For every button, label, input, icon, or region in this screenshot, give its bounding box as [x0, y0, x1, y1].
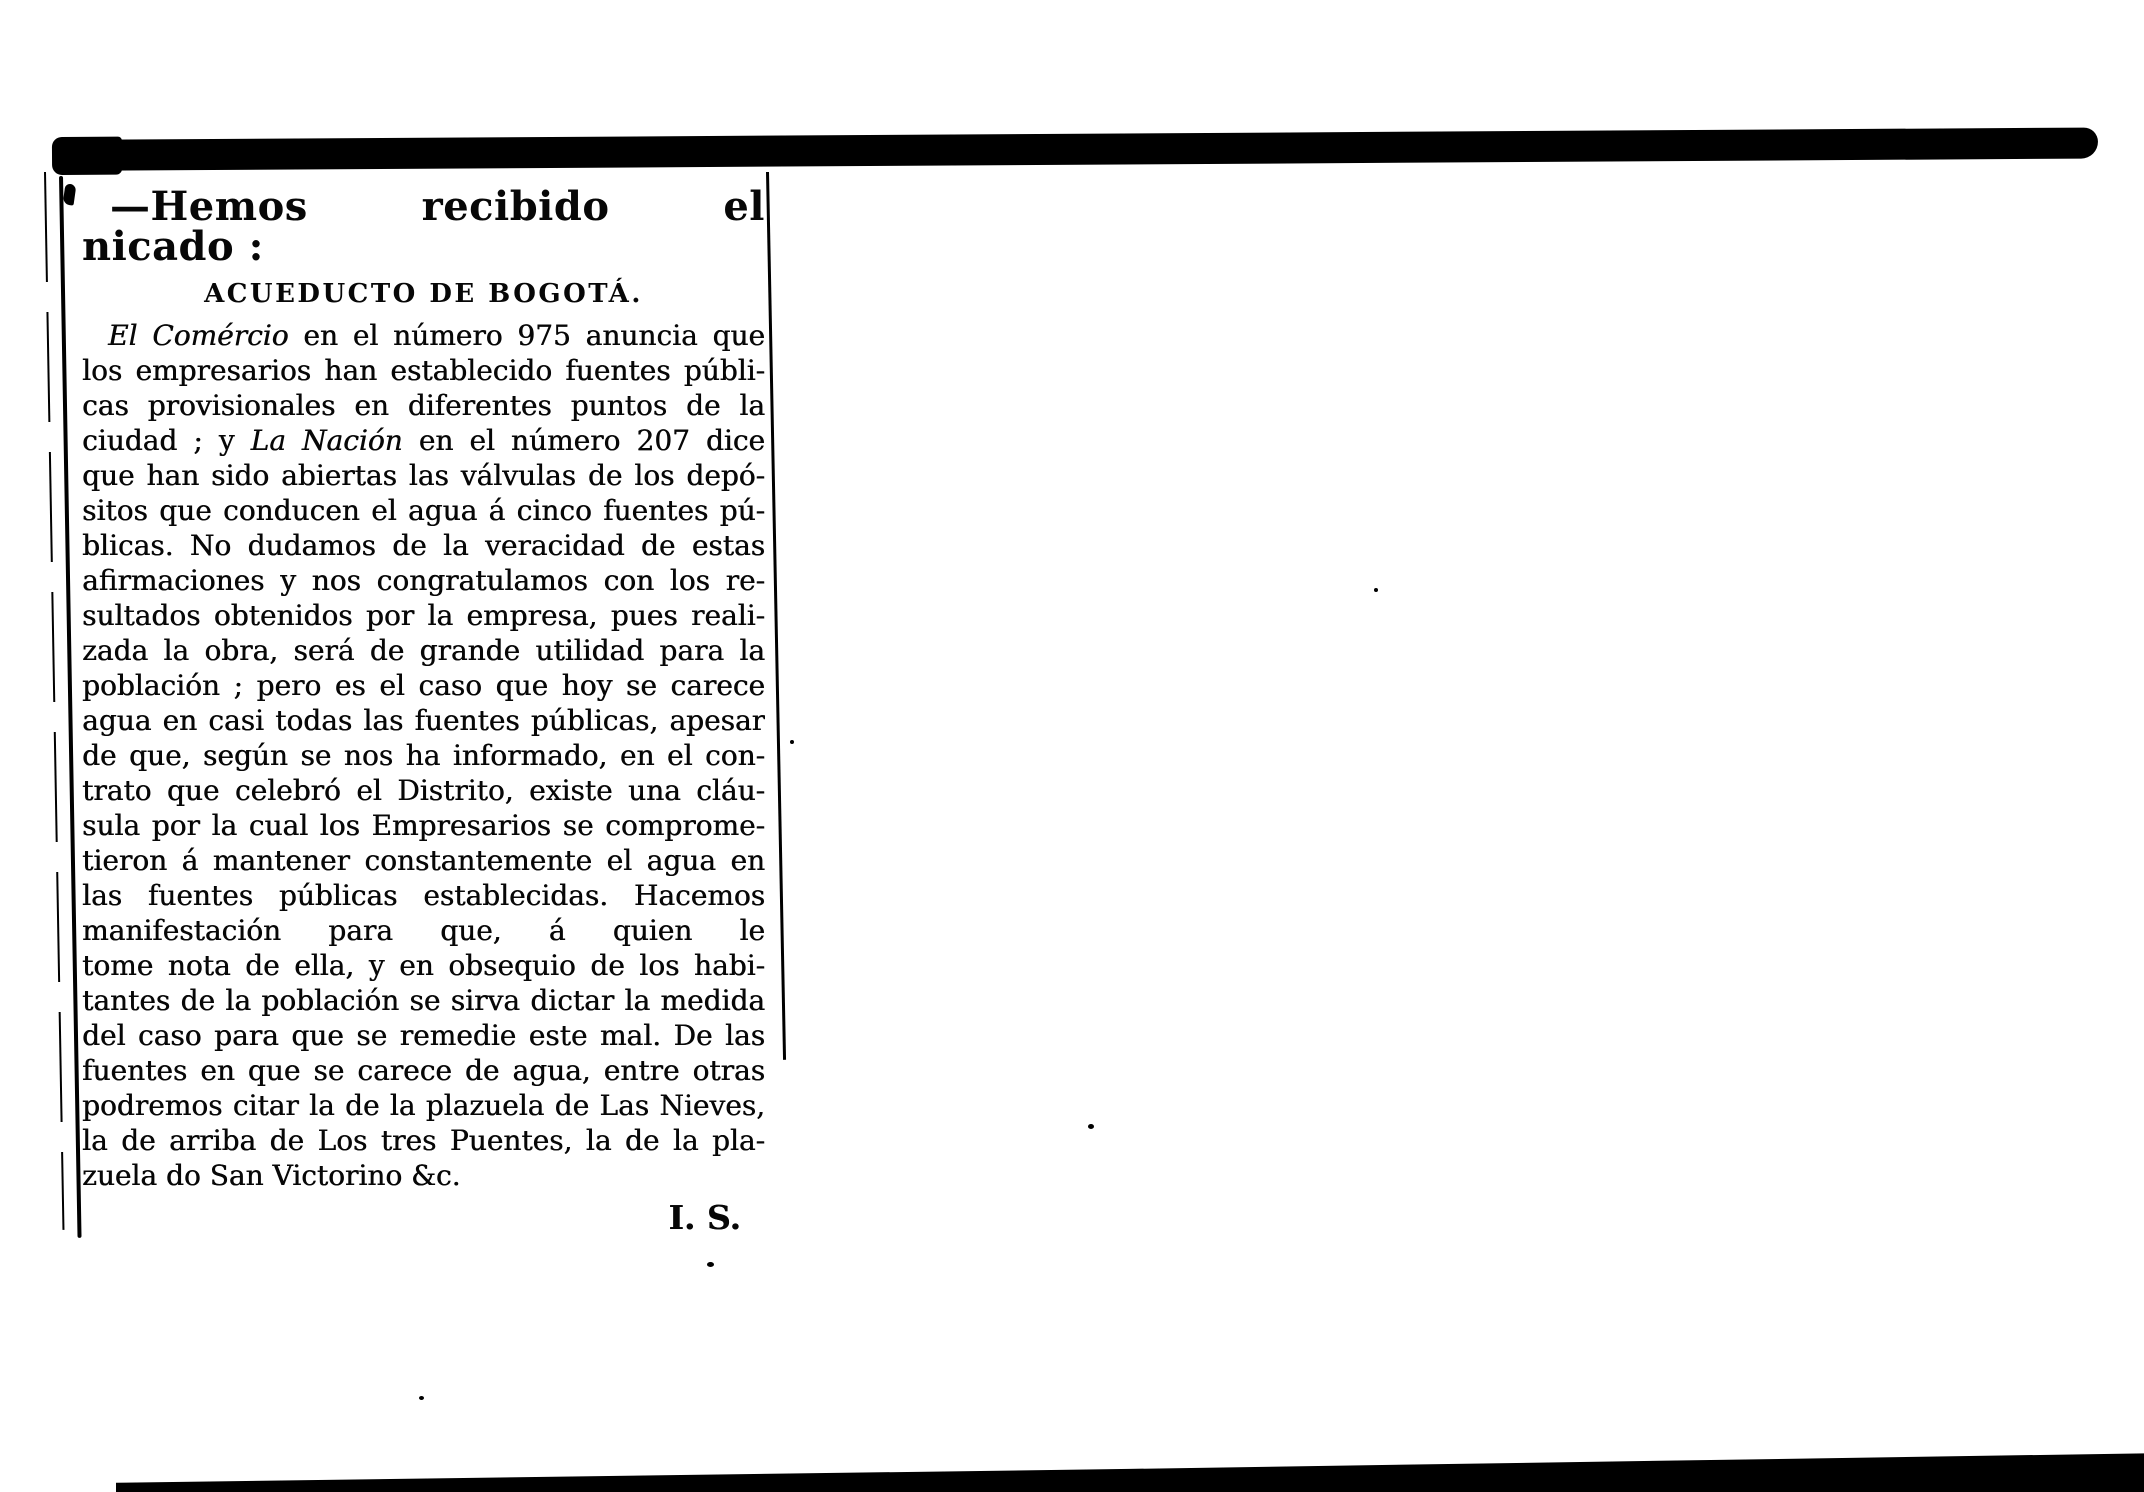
column-left-inner-rule [59, 176, 82, 1238]
article-line: sultados obtenidos por la empresa, pues … [82, 598, 765, 633]
article-line: zuela do San Victorino &c. [82, 1158, 765, 1193]
article-line: agua en casi todas las fuentes públicas,… [82, 703, 765, 738]
article-line: que han sido abiertas las válvulas de lo… [82, 458, 765, 493]
article-line: ciudad ; y La Nación en el número 207 di… [82, 423, 765, 458]
line-text: cas provisionales en diferentes puntos d… [82, 389, 765, 422]
article-line: El Comércio en el número 975 anuncia que [82, 318, 765, 353]
ink-blob-mark [63, 183, 77, 205]
line-text: en el número 975 anuncia que [289, 319, 766, 352]
line-text: fuentes en que se carece de agua, entre … [82, 1054, 765, 1087]
article-line: trato que celebró el Distrito, existe un… [82, 773, 765, 808]
article-line: los empresarios han establecido fuentes … [82, 353, 765, 388]
article-line: tieron á mantener constantemente el agua… [82, 843, 765, 878]
article-line: cas provisionales en diferentes puntos d… [82, 388, 765, 423]
line-text: sultados obtenidos por la empresa, pues … [82, 599, 765, 632]
article-body: El Comércio en el número 975 anuncia que… [82, 318, 765, 1193]
intro-line: —Hemos recibido el siguiente comu- [82, 187, 765, 227]
line-text: población ; pero es el caso que hoy se c… [82, 669, 765, 703]
newspaper-name-italic: El Comércio [108, 319, 289, 352]
newspaper-name-italic: La Nación [251, 424, 403, 457]
line-text: manifestación para que, á quien le corre… [82, 914, 765, 948]
article-line: fuentes en que se carece de agua, entre … [82, 1053, 765, 1088]
article-line: las fuentes públicas establecidas. Hacem… [82, 878, 765, 913]
line-text: ciudad ; y [82, 424, 251, 457]
ink-speck [790, 740, 794, 744]
ink-speck [419, 1396, 424, 1400]
top-rule-bar [54, 128, 2098, 171]
line-text: trato que celebró el Distrito, existe un… [82, 774, 765, 807]
article-line: tantes de la población se sirva dictar l… [82, 983, 765, 1018]
article-line: población ; pero es el caso que hoy se c… [82, 668, 765, 703]
line-text: zada la obra, será de grande utilidad pa… [82, 634, 765, 667]
article-line: sitos que conducen el agua á cinco fuent… [82, 493, 765, 528]
article-line: zada la obra, será de grande utilidad pa… [82, 633, 765, 668]
bottom-rule-bar [116, 1450, 2144, 1492]
line-text: blicas. No dudamos de la veracidad de es… [82, 529, 765, 562]
article-line: afirmaciones y nos congratulamos con los… [82, 563, 765, 598]
column-right-rule [766, 172, 786, 1060]
line-text: del caso para que se remedie este mal. D… [82, 1019, 765, 1052]
line-text: tantes de la población se sirva dictar l… [82, 984, 765, 1017]
line-text: las fuentes públicas establecidas. Hacem… [82, 879, 765, 913]
scanned-newspaper-page: —Hemos recibido el siguiente comu- nicad… [0, 0, 2144, 1492]
article-line: manifestación para que, á quien le corre… [82, 913, 765, 948]
ink-speck [1374, 588, 1378, 592]
line-text: los empresarios han establecido fuentes … [82, 354, 765, 387]
line-text: sitos que conducen el agua á cinco fuent… [82, 494, 765, 527]
line-text: afirmaciones y nos congratulamos con los… [82, 564, 765, 597]
line-text: la de arriba de Los tres Puentes, la de … [82, 1124, 765, 1157]
line-text: agua en casi todas las fuentes públicas,… [82, 704, 765, 737]
article-line: sula por la cual los Empresarios se comp… [82, 808, 765, 843]
article-signature: I. S. [82, 1198, 765, 1237]
line-text: zuela do San Victorino &c. [82, 1159, 461, 1192]
article-line: la de arriba de Los tres Puentes, la de … [82, 1123, 765, 1158]
article-heading: ACUEDUCTO DE BOGOTÁ. [82, 279, 765, 309]
article-line: blicas. No dudamos de la veracidad de es… [82, 528, 765, 563]
line-text: tieron á mantener constantemente el agua… [82, 844, 765, 877]
line-text: tome nota de ella, y en obsequio de los … [82, 949, 765, 982]
line-text: sula por la cual los Empresarios se comp… [82, 809, 765, 842]
article-line: tome nota de ella, y en obsequio de los … [82, 948, 765, 983]
line-text: podremos citar la de la plazuela de Las … [82, 1089, 765, 1122]
line-text: de que, según se nos ha informado, en el… [82, 739, 765, 772]
line-text: que han sido abiertas las válvulas de lo… [82, 459, 765, 492]
article-line: del caso para que se remedie este mal. D… [82, 1018, 765, 1053]
ink-speck [707, 1262, 714, 1267]
article-line: de que, según se nos ha informado, en el… [82, 738, 765, 773]
line-text: en el número 207 dice [403, 424, 765, 457]
ink-speck [1088, 1124, 1094, 1129]
news-article-column: —Hemos recibido el siguiente comu- nicad… [82, 187, 765, 1237]
intro-line: nicado : [82, 227, 765, 267]
article-line: podremos citar la de la plazuela de Las … [82, 1088, 765, 1123]
